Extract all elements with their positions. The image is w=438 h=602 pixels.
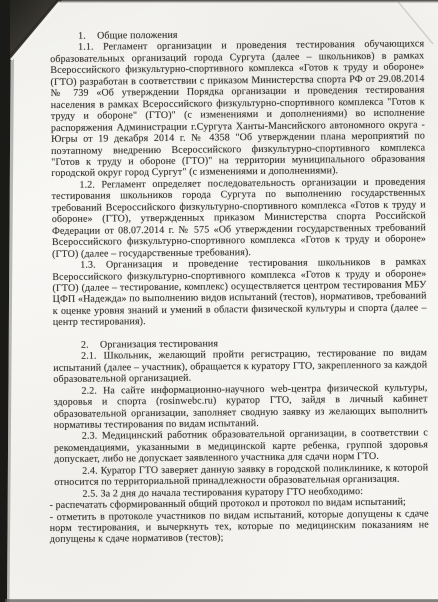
section-general-provisions: 1.Общие положения 1.1. Регламент организ… (50, 27, 427, 328)
scanned-document-page: 1.Общие положения 1.1. Регламент организ… (0, 0, 438, 602)
scan-edge-left-penumbra (7, 0, 15, 602)
scan-edge-top (56, 0, 438, 3)
paragraph-2-2: 2.2. На сайте информационно-научного web… (53, 382, 427, 431)
document-text-block: 1.Общие положения 1.1. Регламент организ… (50, 27, 429, 546)
section-2-number: 2. (81, 339, 100, 351)
section-testing-organization: 2.Организация тестирования 2.1. Школьник… (53, 336, 429, 546)
paragraph-2-4: 2.4. Куратор ГТО заверяет данную заявку … (54, 462, 428, 488)
section-1-number: 1. (78, 31, 97, 43)
paragraph-1-1: 1.1. Регламент организации и проведения … (50, 39, 425, 180)
bullet-mark-participants: - отметить в протоколе участников по вид… (50, 508, 429, 546)
paragraph-1-3: 1.3. Организация и проведение тестирован… (52, 256, 427, 328)
section-1-title: Общие положения (97, 30, 178, 42)
paragraph-2-1: 2.1. Школьник, желающий пройти регистрац… (53, 348, 427, 386)
section-2-title: Организация тестирования (100, 338, 218, 350)
paragraph-1-2: 1.2. Регламент определяет последовательн… (51, 176, 426, 260)
scan-edge-left (0, 0, 11, 602)
paragraph-2-3: 2.3. Медицинский работник образовательно… (54, 428, 428, 466)
